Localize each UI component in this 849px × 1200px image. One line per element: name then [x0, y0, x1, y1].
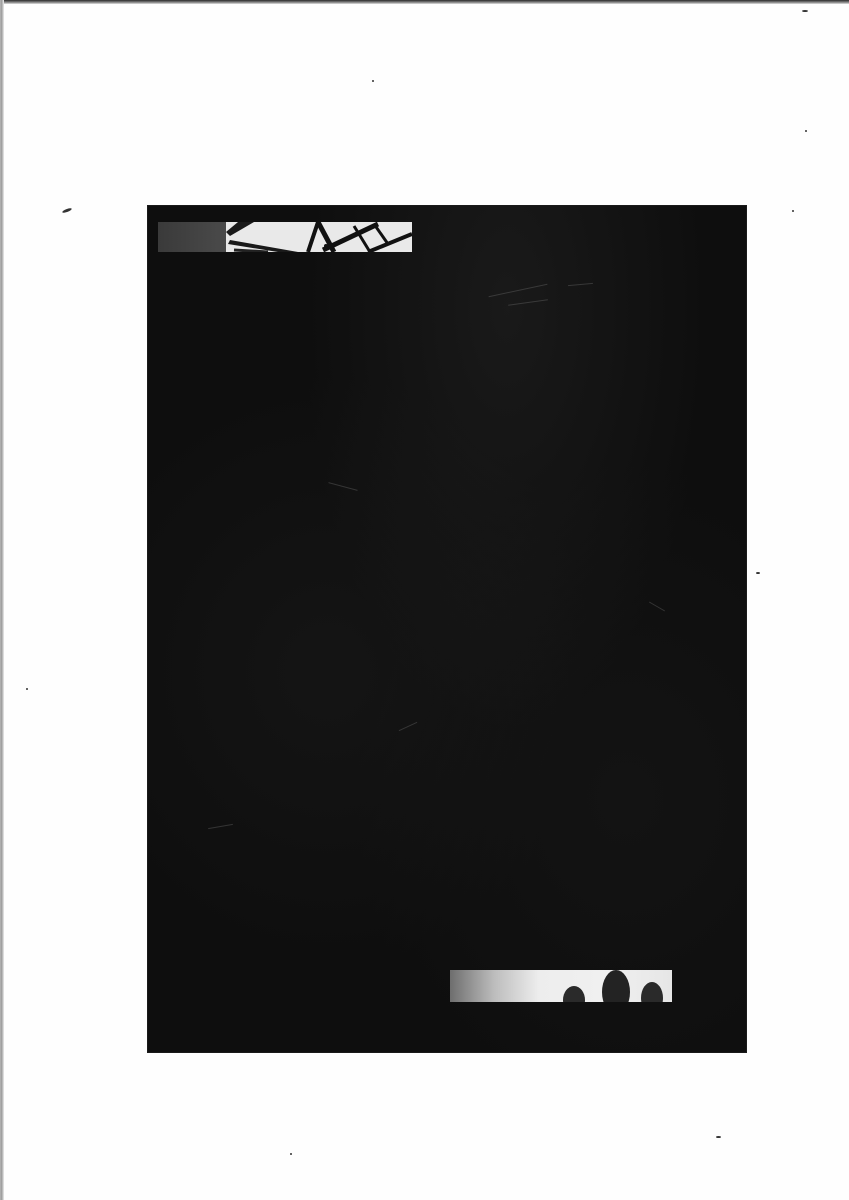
paper-speck — [290, 1153, 292, 1155]
top-strip-photo — [158, 222, 412, 252]
bottom-strip-photo — [450, 970, 672, 1002]
scan-top-edge — [0, 0, 849, 4]
scanned-page — [0, 0, 849, 1200]
girder-silhouette — [158, 222, 412, 252]
paper-speck — [792, 210, 794, 212]
paper-speck — [26, 688, 28, 690]
black-cover — [148, 206, 746, 1052]
fingertips-silhouette — [450, 970, 672, 1002]
paper-speck — [802, 10, 808, 12]
paper-speck — [716, 1136, 721, 1138]
paper-speck — [372, 80, 374, 82]
paper-speck — [756, 572, 760, 574]
scan-left-edge — [0, 0, 4, 1200]
paper-speck — [805, 130, 807, 132]
paper-speck — [62, 207, 72, 213]
